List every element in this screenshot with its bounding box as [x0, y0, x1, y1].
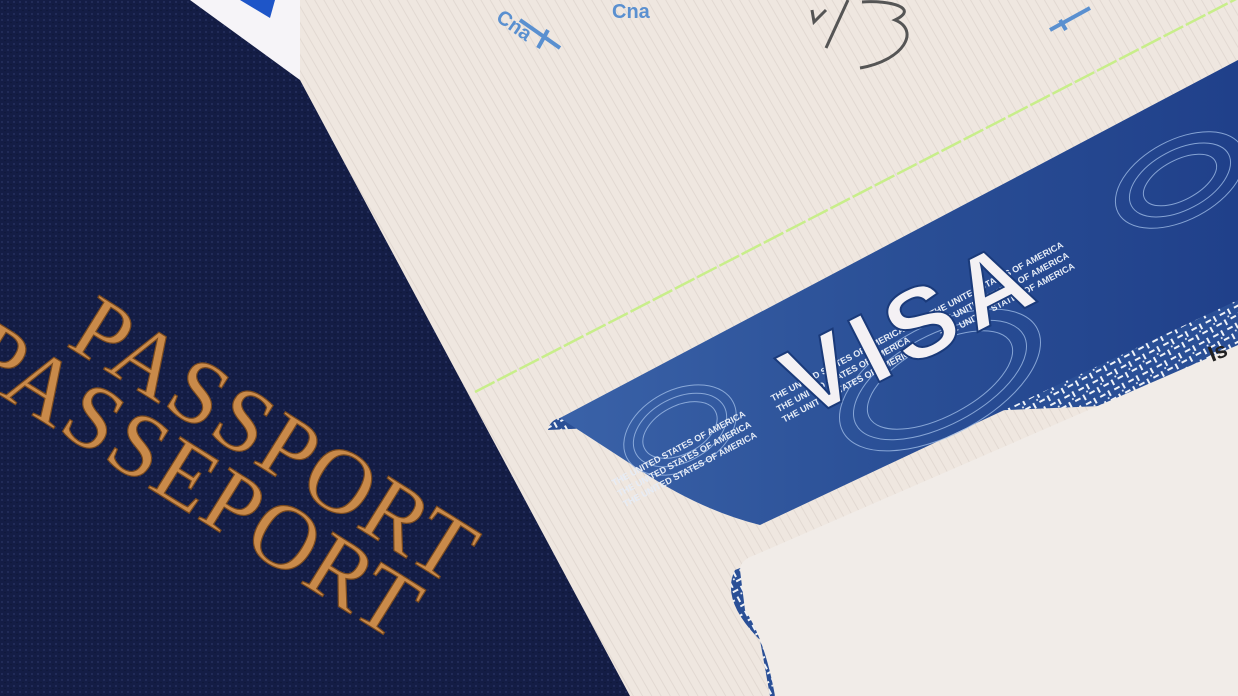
photo-scene: Cna Cna THE UNITED STATES OF AMERICA THE: [0, 0, 1238, 696]
svg-text:Cna: Cna: [612, 1, 651, 23]
photo-canvas: Cna Cna THE UNITED STATES OF AMERICA THE: [0, 0, 1238, 696]
